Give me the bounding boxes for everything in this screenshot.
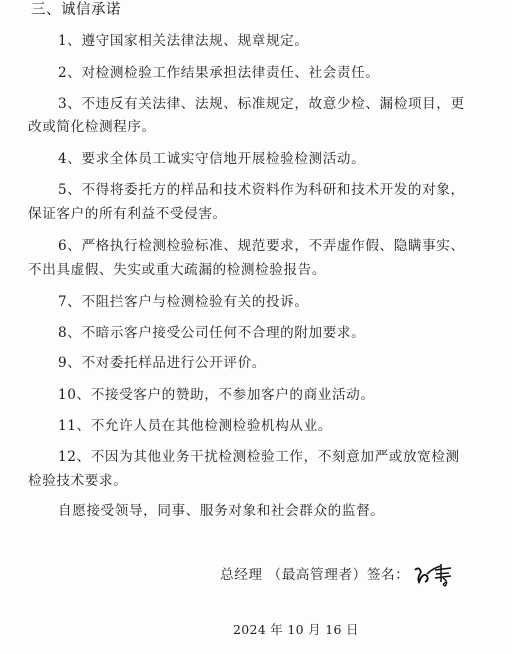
item-2: 2、对检测检验工作结果承担法律责任、社会责任。 [58, 63, 380, 83]
closing-statement: 自愿接受领导，同事、服务对象和社会群众的监督。 [58, 501, 384, 521]
item-11: 11、不允许人员在其他检测检验机构从业。 [58, 416, 332, 436]
item-6: 6、严格执行检测检验标准、规范要求，不弄虚作假、隐瞒事实、 [58, 236, 465, 256]
item-3-continuation: 改或简化检测程序。 [28, 117, 156, 137]
signature-row: 总经理 （最高管理者）签名： [220, 562, 459, 588]
item-5-continuation: 保证客户的所有利益不受侵害。 [28, 204, 227, 224]
signature-label: 总经理 （最高管理者）签名： [220, 565, 409, 585]
item-4: 4、要求全体员工诚实守信地开展检验检测活动。 [58, 149, 365, 169]
item-9: 9、不对委托样品进行公开评价。 [58, 353, 266, 373]
handwritten-signature-icon [411, 562, 459, 588]
item-12-continuation: 检验技术要求。 [28, 471, 127, 491]
section-heading: 三、诚信承诺 [31, 0, 121, 20]
item-3: 3、不违反有关法律、法规、标准规定，故意少检、漏检项目，更 [58, 94, 465, 114]
item-1: 1、遵守国家相关法律法规、规章规定。 [58, 31, 309, 51]
item-6-continuation: 不出具虚假、失实或重大疏漏的检测检验报告。 [28, 260, 326, 280]
item-10: 10、不接受客户的赞助，不参加客户的商业活动。 [58, 385, 375, 405]
item-5: 5、不得将委托方的样品和技术资料作为科研和技术开发的对象， [58, 180, 465, 200]
item-12: 12、不因为其他业务干扰检测检验工作，不刻意加严或放宽检测 [58, 447, 460, 467]
item-8: 8、不暗示客户接受公司任何不合理的附加要求。 [58, 323, 365, 343]
date: 2024 年 10 月 16 日 [233, 622, 359, 638]
document-page: 三、诚信承诺 1、遵守国家相关法律法规、规章规定。 2、对检测检验工作结果承担法… [0, 0, 512, 654]
item-7: 7、不阻拦客户与检测检验有关的投诉。 [58, 292, 309, 312]
